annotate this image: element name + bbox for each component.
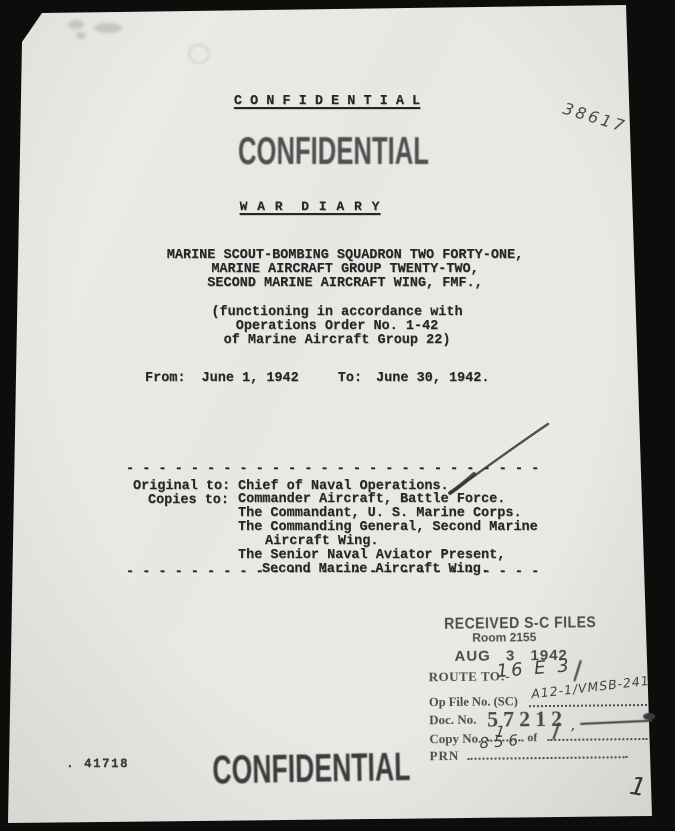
received-stamp-line1: RECEIVED S-C FILES: [444, 613, 596, 632]
copy-no-label: Copy No.: [429, 731, 481, 748]
copy-of-dotted-line: [547, 727, 647, 741]
doc-no-label: Doc. No.: [429, 712, 476, 728]
prn-label: PRN: [429, 748, 459, 764]
copy-of-label: of: [527, 730, 537, 745]
document-content: C O N F I D E N T I A L CONFIDENTIAL 386…: [0, 0, 675, 831]
received-stamp-room: Room 2155: [472, 630, 536, 645]
file-number: . 41718: [66, 757, 129, 771]
scanned-document-photo: C O N F I D E N T I A L CONFIDENTIAL 386…: [0, 0, 675, 831]
prn-value-handwritten: 856: [479, 731, 524, 752]
confidential-stamp-bottom: CONFIDENTIAL: [212, 745, 411, 794]
